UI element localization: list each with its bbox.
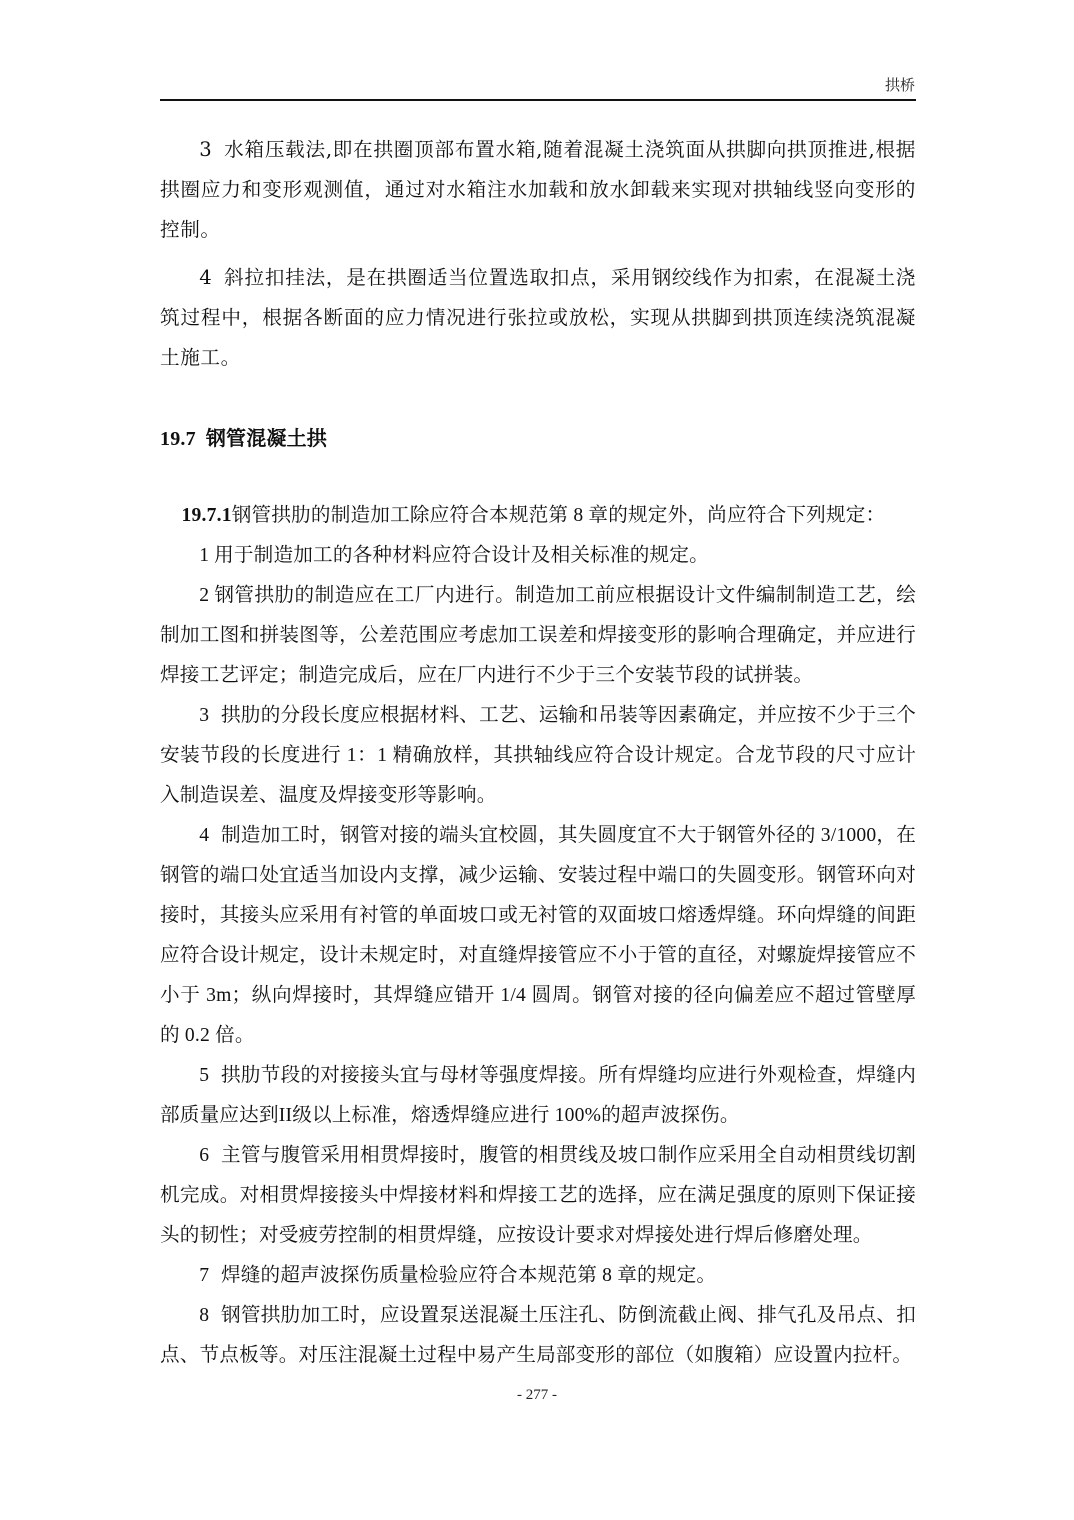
clause-heading: 19.7.1钢管拱肋的制造加工除应符合本规范第 8 章的规定外，尚应符合下列规定… bbox=[160, 496, 916, 536]
page-number: - 277 - bbox=[0, 1385, 1074, 1405]
item-text: 斜拉扣挂法，是在拱圈适当位置选取扣点，采用钢绞线作为扣索，在混凝土浇筑过程中，根… bbox=[160, 266, 916, 369]
page-content: 3水箱压载法,即在拱圈顶部布置水箱,随着混凝土浇筑面从拱脚向拱顶推进,根据拱圈应… bbox=[160, 130, 916, 1376]
intro-item-4: 4斜拉扣挂法，是在拱圈适当位置选取扣点，采用钢绞线作为扣索，在混凝土浇筑过程中，… bbox=[160, 258, 916, 378]
item-text: 钢管拱肋的制造应在工厂内进行。制造加工前应根据设计文件编制制造工艺，绘制加工图和… bbox=[160, 585, 916, 686]
intro-item-3: 3水箱压载法,即在拱圈顶部布置水箱,随着混凝土浇筑面从拱脚向拱顶推进,根据拱圈应… bbox=[160, 130, 916, 250]
clause-item-1: 1用于制造加工的各种材料应符合设计及相关标准的规定。 bbox=[160, 536, 916, 576]
clause-item-6: 6主管与腹管采用相贯焊接时，腹管的相贯线及坡口制作应采用全自动相贯线切割机完成。… bbox=[160, 1136, 916, 1256]
item-text: 水箱压载法,即在拱圈顶部布置水箱,随着混凝土浇筑面从拱脚向拱顶推进,根据拱圈应力… bbox=[160, 138, 916, 241]
item-number: 6 bbox=[199, 1145, 209, 1166]
item-text: 主管与腹管采用相贯焊接时，腹管的相贯线及坡口制作应采用全自动相贯线切割机完成。对… bbox=[160, 1145, 916, 1246]
clause-text: 钢管拱肋的制造加工除应符合本规范第 8 章的规定外，尚应符合下列规定： bbox=[232, 505, 886, 526]
item-text: 焊缝的超声波探伤质量检验应符合本规范第 8 章的规定。 bbox=[221, 1265, 716, 1286]
item-number: 5 bbox=[199, 1065, 209, 1086]
header-rule bbox=[160, 99, 916, 101]
item-text: 拱肋节段的对接接头宜与母材等强度焊接。所有焊缝均应进行外观检查，焊缝内部质量应达… bbox=[160, 1065, 916, 1126]
item-number: 8 bbox=[199, 1305, 209, 1326]
item-number: 2 bbox=[199, 585, 209, 606]
clause-item-5: 5拱肋节段的对接接头宜与母材等强度焊接。所有焊缝均应进行外观检查，焊缝内部质量应… bbox=[160, 1056, 916, 1136]
running-header: 拱桥 bbox=[160, 76, 915, 96]
clause-item-7: 7焊缝的超声波探伤质量检验应符合本规范第 8 章的规定。 bbox=[160, 1256, 916, 1296]
clause-number: 19.7.1 bbox=[182, 505, 232, 526]
clause-item-8: 8钢管拱肋加工时，应设置泵送混凝土压注孔、防倒流截止阀、排气孔及吊点、扣点、节点… bbox=[160, 1296, 916, 1376]
item-number: 1 bbox=[199, 545, 209, 566]
item-text: 钢管拱肋加工时，应设置泵送混凝土压注孔、防倒流截止阀、排气孔及吊点、扣点、节点板… bbox=[160, 1305, 916, 1366]
item-number: 4 bbox=[199, 266, 212, 289]
section-number: 19.7 bbox=[160, 428, 196, 450]
clause-item-4: 4制造加工时，钢管对接的端头宜校圆，其失圆度宜不大于钢管外径的 3/1000，在… bbox=[160, 816, 916, 1056]
item-number: 7 bbox=[199, 1265, 209, 1286]
section-heading: 19.7钢管混凝土拱 bbox=[160, 424, 916, 454]
clause-19-7-1: 19.7.1钢管拱肋的制造加工除应符合本规范第 8 章的规定外，尚应符合下列规定… bbox=[160, 496, 916, 1376]
item-number: 4 bbox=[199, 825, 209, 846]
document-page: 拱桥 3水箱压载法,即在拱圈顶部布置水箱,随着混凝土浇筑面从拱脚向拱顶推进,根据… bbox=[0, 0, 1074, 1520]
clause-item-2: 2钢管拱肋的制造应在工厂内进行。制造加工前应根据设计文件编制制造工艺，绘制加工图… bbox=[160, 576, 916, 696]
section-title: 钢管混凝土拱 bbox=[206, 428, 327, 450]
item-text: 用于制造加工的各种材料应符合设计及相关标准的规定。 bbox=[214, 545, 709, 566]
item-number: 3 bbox=[199, 138, 212, 161]
clause-item-3: 3拱肋的分段长度应根据材料、工艺、运输和吊装等因素确定，并应按不少于三个安装节段… bbox=[160, 696, 916, 816]
item-text: 拱肋的分段长度应根据材料、工艺、运输和吊装等因素确定，并应按不少于三个安装节段的… bbox=[160, 705, 916, 806]
item-number: 3 bbox=[199, 705, 209, 726]
item-text: 制造加工时，钢管对接的端头宜校圆，其失圆度宜不大于钢管外径的 3/1000，在钢… bbox=[160, 825, 916, 1046]
